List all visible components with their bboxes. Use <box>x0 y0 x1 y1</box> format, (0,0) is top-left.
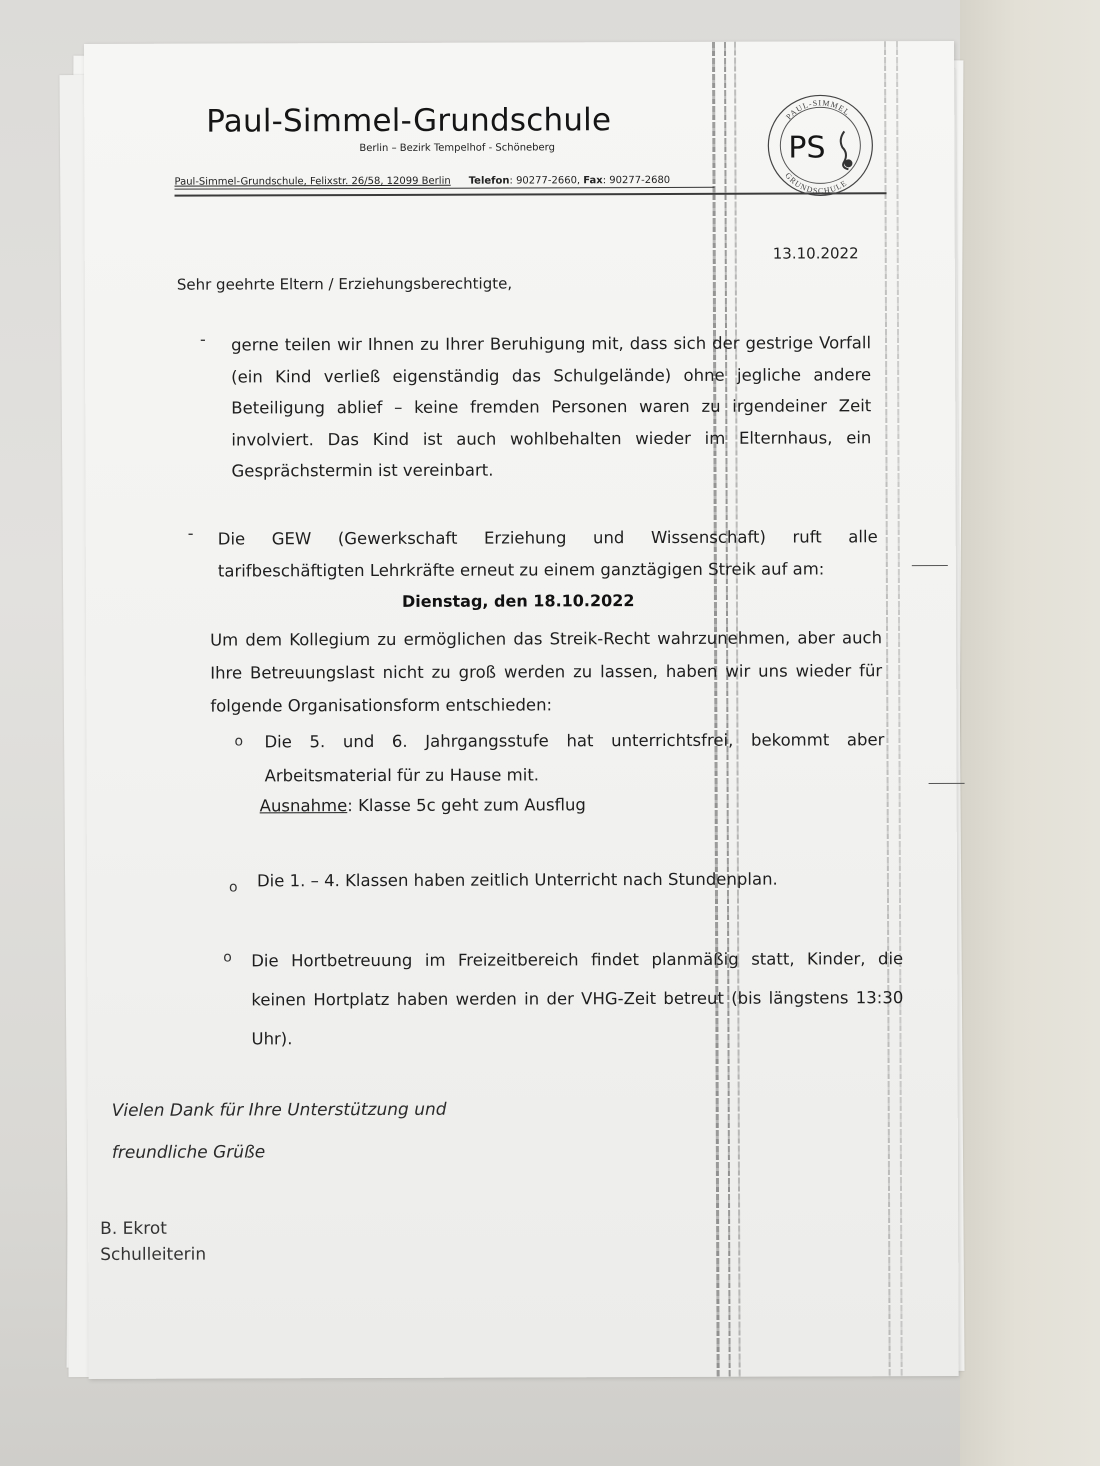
school-logo: PAUL-SIMMEL GRUNDSCHULE PS <box>764 91 876 199</box>
svg-text:PS: PS <box>788 130 825 165</box>
strike-date: Dienstag, den 18.10.2022 <box>402 591 635 611</box>
incident-paragraph: gerne teilen wir Ihnen zu Ihrer Beruhigu… <box>231 327 872 487</box>
organisation-paragraph: Um dem Kollegium zu ermöglichen das Stre… <box>210 621 882 722</box>
postal-address: Paul-Simmel-Grundschule, Felixstr. 26/58… <box>174 176 450 188</box>
section-marker: - <box>188 524 194 543</box>
bullet-icon: o <box>229 879 238 895</box>
fold-mark <box>929 783 965 784</box>
giraffe-icon <box>841 131 852 169</box>
desk-surface <box>960 0 1100 1466</box>
closing: Vielen Dank für Ihre Unterstützung und f… <box>112 1089 447 1174</box>
closing-regards: freundliche Grüße <box>112 1131 447 1174</box>
letter-date: 13.10.2022 <box>773 244 859 262</box>
toner-streak <box>896 41 903 1376</box>
toner-streak <box>884 41 891 1376</box>
signature-name: B. Ekrot <box>100 1216 206 1242</box>
list-item-grades-5-6: Die 5. und 6. Jahrgangsstufe hat unterri… <box>264 723 884 793</box>
closing-thanks: Vielen Dank für Ihre Unterstützung und <box>112 1089 447 1132</box>
school-subtitle: Berlin – Bezirk Tempelhof - Schöneberg <box>359 142 555 154</box>
fold-mark <box>912 565 948 566</box>
bullet-icon: o <box>234 733 243 749</box>
bullet-icon: o <box>223 949 232 965</box>
school-name: Paul-Simmel-Grundschule <box>206 102 611 139</box>
signature-title: Schulleiterin <box>100 1242 206 1268</box>
exception-note: Ausnahme: Klasse 5c geht zum Ausflug <box>260 795 586 815</box>
letter-sheet: Paul-Simmel-Grundschule Berlin – Bezirk … <box>84 41 959 1379</box>
list-item-grades-1-4: Die 1. – 4. Klassen haben zeitlich Unter… <box>257 870 778 891</box>
strike-intro-paragraph: Die GEW (Gewerkschaft Erziehung und Wiss… <box>218 521 878 586</box>
phone-fax: Telefon: 90277-2660, Fax: 90277-2680 <box>469 175 671 187</box>
section-marker: - <box>200 330 206 349</box>
list-item-hort: Die Hortbetreuung im Freizeitbereich fin… <box>251 939 903 1058</box>
address-line: Paul-Simmel-Grundschule, Felixstr. 26/58… <box>174 175 714 190</box>
salutation: Sehr geehrte Eltern / Erziehungsberechti… <box>177 275 512 294</box>
signature: B. Ekrot Schulleiterin <box>100 1216 206 1268</box>
